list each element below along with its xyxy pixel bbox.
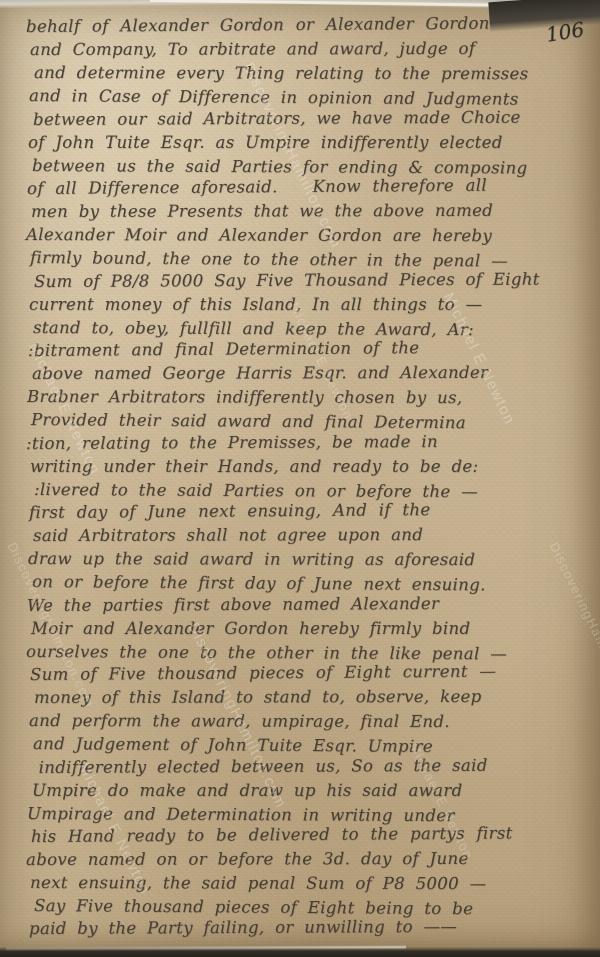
- manuscript-line: of John Tuite Esqr. as Umpire indifferen…: [28, 131, 592, 154]
- manuscript-line: :bitrament and final Determination of th…: [28, 335, 592, 362]
- book-edge-bottom: [0, 947, 600, 957]
- manuscript-line: Alexander Moir and Alexander Gordon are …: [26, 223, 592, 248]
- manuscript-line: between our said Arbitrators, we have ma…: [33, 105, 592, 131]
- manuscript-line: draw up the said award in writing as afo…: [28, 547, 592, 572]
- manuscript-line: and Company, To arbitrate and award, jud…: [30, 37, 592, 62]
- manuscript-line: writing under their Hands, and ready to …: [30, 455, 592, 478]
- manuscript-line: men by these Presents that we the above …: [31, 199, 592, 224]
- manuscript-text: behalf of Alexander Gordon or Alexander …: [30, 15, 592, 941]
- manuscript-line: above named on or before the 3d. day of …: [26, 847, 592, 872]
- manuscript-line: said Arbitrators shall not agree upon an…: [33, 523, 592, 548]
- manuscript-line: behalf of Alexander Gordon or Alexander …: [26, 11, 592, 38]
- manuscript-line: Umpire do make and draw up his said awar…: [32, 779, 592, 802]
- manuscript-line: money of this Island to stand to, observ…: [34, 685, 592, 710]
- manuscript-line: :tion, relating to the Premisses, be mad…: [26, 429, 592, 455]
- manuscript-line: next ensuing, the said penal Sum of P8 5…: [30, 871, 592, 896]
- manuscript-line: of all Difference aforesaid. Know theref…: [27, 173, 592, 200]
- manuscript-line: indifferently elected between us, So as …: [28, 753, 592, 779]
- manuscript-line: and determine every Thing relating to th…: [34, 61, 592, 86]
- manuscript-line: his Hand ready to be delivered to the pa…: [31, 821, 592, 848]
- manuscript-line: Brabner Arbitrators indifferently chosen…: [27, 385, 592, 410]
- manuscript-line: Sum of Five thousand pieces of Eight cur…: [30, 659, 592, 686]
- manuscript-line: and perform the award, umpirage, final E…: [29, 709, 592, 734]
- manuscript-scan: behalf of Alexander Gordon or Alexander …: [0, 0, 600, 957]
- manuscript-line: current money of this Island, In all thi…: [29, 293, 592, 316]
- manuscript-line: We the parties first above named Alexand…: [27, 591, 592, 617]
- manuscript-line: Moir and Alexander Gordon hereby firmly …: [31, 617, 592, 640]
- manuscript-line: first day of June next ensuing, And if t…: [29, 497, 592, 524]
- manuscript-line: Sum of P8/8 5000 Say Five Thousand Piece…: [34, 267, 592, 293]
- manuscript-line: above named George Harris Esqr. and Alex…: [32, 361, 592, 386]
- manuscript-line: paid by the Party failing, or unwilling …: [29, 915, 592, 941]
